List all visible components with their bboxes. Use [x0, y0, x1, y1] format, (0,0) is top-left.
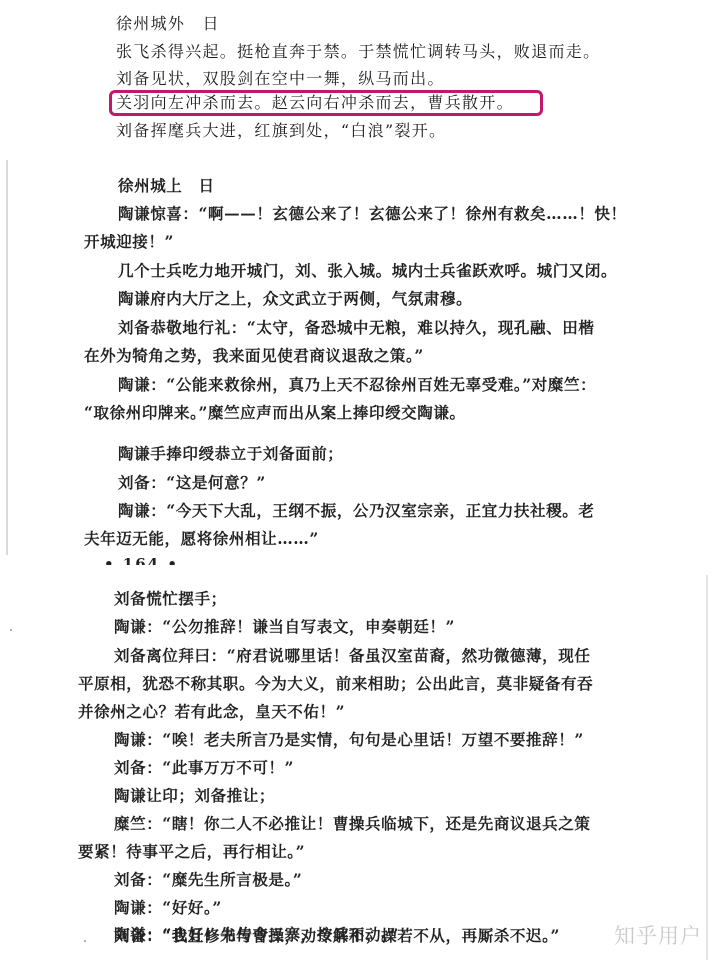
text-line: “取徐州印牌来。”糜竺应声而出从案上捧印绶交陶谦。: [84, 402, 466, 424]
text-line: 开城迎接！”: [84, 231, 174, 253]
text-line: 夫年迈无能，愿将徐州相让……”: [84, 528, 319, 550]
text-line: 并徐州之心？若有此念，皇天不佑！”: [78, 701, 345, 723]
highlighted-text-line: 关羽向左冲杀而去。赵云向右冲杀而去，曹兵散开。: [116, 92, 514, 114]
text-line: 刘备挥麾兵大进，红旗到处，“白浪”裂开。: [116, 120, 446, 142]
scene-heading: 徐州城外 日: [116, 13, 220, 35]
scan-speck: [10, 629, 12, 631]
text-line: 陶谦手捧印绶恭立于刘备面前；: [118, 443, 343, 465]
text-line: 陶谦：“今天下大乱，王纲不振，公乃汉室宗亲，正宜力扶社稷。老: [118, 500, 594, 522]
page-edge: [706, 575, 708, 960]
text-line: 糜竺：“瞎！你二人不必推让！曹操兵临城下，还是先商议退兵之策: [114, 813, 590, 835]
text-line: 张飞杀得兴起。挺枪直奔于禁。于禁慌忙调转马头，败退而走。: [116, 41, 600, 63]
text-line: 刘备：“糜先生所言极是。”: [114, 869, 302, 891]
text-line: 刘备：“这是何意？”: [118, 472, 266, 494]
text-line: 要紧！待事平之后，再行相让。”: [78, 841, 305, 863]
text-line: 陶谦：“唉！老夫所言乃是实情，句句是心里话！万望不要推辞！”: [114, 729, 584, 751]
scene-heading: 徐州城上 日: [118, 175, 215, 197]
text-line: 陶谦让印；刘备推让；: [114, 785, 275, 807]
scan-speck: [84, 940, 86, 942]
text-line: 在外为犄角之势，我来面见使君商议退敌之策。”: [84, 345, 424, 367]
text-line: 刘备恭敬地行礼：“太守，备恐城中无粮，难以持久，现孔融、田楷: [118, 317, 594, 339]
page-excerpt-3: 刘备慌忙摆手； 陶谦：“公勿推辞！谦当自写表文，申奏朝廷！” 刘备离位拜曰：“府…: [0, 565, 720, 960]
text-line: 刘备慌忙摆手；: [114, 588, 227, 610]
text-line: 陶谦：“也好！先传令三寨，按兵不动。”: [114, 924, 399, 946]
text-line: 刘备见状，双股剑在空中一舞，纵马而出。: [116, 68, 445, 90]
text-line: 几个士兵吃力地开城门，刘、张入城。城内士兵雀跃欢呼。城门又闭。: [118, 260, 617, 282]
text-line: 陶谦：“公能来救徐州，真乃上天不忍徐州百姓无辜受难。”对糜竺：: [118, 374, 596, 396]
text-line: 刘备离位拜曰：“府君说哪里话！备虽汉室苗裔，然功微德薄，现任: [114, 645, 590, 667]
text-line: 陶谦：“好好。”: [114, 897, 222, 919]
text-line: 陶谦惊喜：“啊——！玄德公来了！玄德公来了！徐州有救矣……！快！: [118, 203, 627, 225]
watermark: 知乎用户: [614, 920, 702, 950]
text-line: 陶谦府内大厅之上，众文武立于两侧，气氛肃穆。: [118, 288, 472, 310]
page-excerpt-1: 徐州城外 日 张飞杀得兴起。挺枪直奔于禁。于禁慌忙调转马头，败退而走。 刘备见状…: [0, 0, 720, 150]
page-edge: [6, 160, 8, 555]
text-line: 刘备：“此事万万不可！”: [114, 757, 294, 779]
text-line: 陶谦：“公勿推辞！谦当自写表文，申奏朝廷！”: [114, 616, 455, 638]
text-line: 平原相，犹恐不称其职。今为大义，前来相助；公出此言，莫非疑备有吞: [78, 673, 593, 695]
page-excerpt-2: 徐州城上 日 陶谦惊喜：“啊——！玄德公来了！玄德公来了！徐州有救矣……！快！ …: [0, 150, 720, 560]
